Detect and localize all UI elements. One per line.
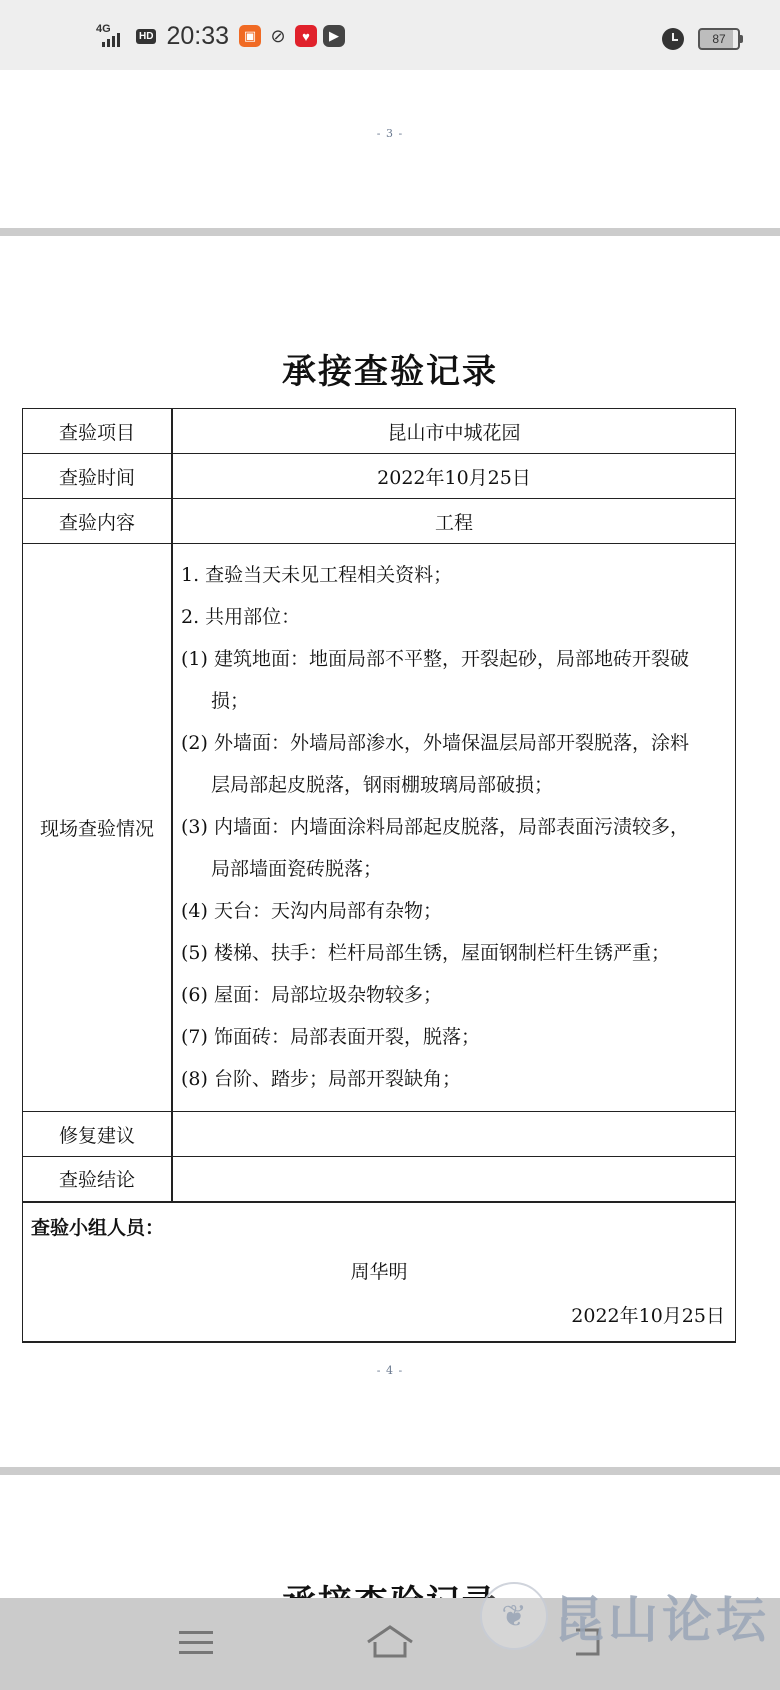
label-site-inspection: 现场查验情况 (23, 544, 173, 1112)
page-number-4: - 4 - (0, 1364, 780, 1377)
table-row: 查验内容 工程 (23, 499, 736, 544)
detail-line: (8) 台阶、踏步；局部开裂缺角； (181, 1058, 727, 1100)
cellular-signal-icon: 4G (96, 23, 130, 49)
table-row: 查验项目 昆山市中城花园 (23, 409, 736, 454)
detail-line: (2) 外墙面：外墙局部渗水，外墙保温层局部开裂脱落，涂料 (181, 722, 727, 764)
detail-line: (5) 楼梯、扶手：栏杆局部生锈，屋面钢制栏杆生锈严重； (181, 932, 727, 974)
detail-line: 损； (181, 680, 727, 722)
inspection-team-cell: 查验小组人员： 周华明 2022年10月25日 (23, 1202, 736, 1342)
label-inspection-time: 查验时间 (23, 454, 173, 499)
menu-button[interactable] (171, 1624, 221, 1664)
team-member: 周华明 (23, 1257, 735, 1284)
detail-line: (4) 天台：天沟内局部有杂物； (181, 890, 727, 932)
detail-line: (6) 屋面：局部垃圾杂物较多； (181, 974, 727, 1016)
home-icon (365, 1624, 415, 1660)
detail-line: 层局部起皮脱落，钢雨棚玻璃局部破损； (181, 764, 727, 806)
battery-level: 87 (712, 32, 725, 46)
home-button[interactable] (365, 1624, 415, 1664)
gift-heart-icon: ♥ (295, 25, 317, 47)
kuaishou-icon: ▣ (239, 25, 261, 47)
table-row: 查验结论 (23, 1157, 736, 1202)
team-date: 2022年10月25日 (571, 1301, 725, 1328)
team-label: 查验小组人员： (31, 1213, 164, 1240)
detail-line: (1) 建筑地面：地面局部不平整，开裂起砂，局部地砖开裂破 (181, 638, 727, 680)
battery-icon: 87 (698, 28, 740, 50)
value-inspection-time: 2022年10月25日 (172, 454, 736, 499)
table-row: 现场查验情况 1. 查验当天未见工程相关资料； 2. 共用部位： (1) 建筑地… (23, 544, 736, 1112)
forum-watermark: ❦ 昆山论坛 (480, 1580, 770, 1652)
status-bar: 4G HD 20:33 ▣ ⊘ ♥ ▶ 87 (0, 0, 780, 70)
hd-voice-icon: HD (136, 29, 156, 44)
label-conclusion: 查验结论 (23, 1157, 173, 1202)
alarm-icon (662, 28, 684, 50)
value-repair-suggestion (172, 1112, 736, 1157)
page-title: 承接查验记录 (0, 344, 780, 393)
value-inspection-content: 工程 (172, 499, 736, 544)
play-icon: ▶ (323, 25, 345, 47)
detail-line: (3) 内墙面：内墙面涂料局部起皮脱落，局部表面污渍较多， (181, 806, 727, 848)
table-row: 查验小组人员： 周华明 2022年10月25日 (23, 1202, 736, 1342)
clock: 20:33 (166, 22, 229, 51)
page-number-3: - 3 - (0, 127, 780, 140)
watermark-text: 昆山论坛 (554, 1580, 770, 1652)
forum-logo-icon: ❦ (480, 1582, 548, 1650)
value-inspection-project: 昆山市中城花园 (172, 409, 736, 454)
detail-line: 局部墙面瓷砖脱落； (181, 848, 727, 890)
table-row: 修复建议 (23, 1112, 736, 1157)
label-repair-suggestion: 修复建议 (23, 1112, 173, 1157)
table-row: 查验时间 2022年10月25日 (23, 454, 736, 499)
page-separator (0, 1467, 780, 1475)
inspection-record-table: 查验项目 昆山市中城花园 查验时间 2022年10月25日 查验内容 工程 现场… (22, 408, 736, 1343)
detail-line: 2. 共用部位： (181, 596, 727, 638)
label-inspection-project: 查验项目 (23, 409, 173, 454)
site-inspection-details: 1. 查验当天未见工程相关资料； 2. 共用部位： (1) 建筑地面：地面局部不… (172, 544, 736, 1112)
detail-line: (7) 饰面砖：局部表面开裂，脱落； (181, 1016, 727, 1058)
detail-line: 1. 查验当天未见工程相关资料； (181, 554, 727, 596)
value-conclusion (172, 1157, 736, 1202)
page-separator (0, 228, 780, 236)
label-inspection-content: 查验内容 (23, 499, 173, 544)
feather-icon: ⊘ (267, 25, 289, 47)
